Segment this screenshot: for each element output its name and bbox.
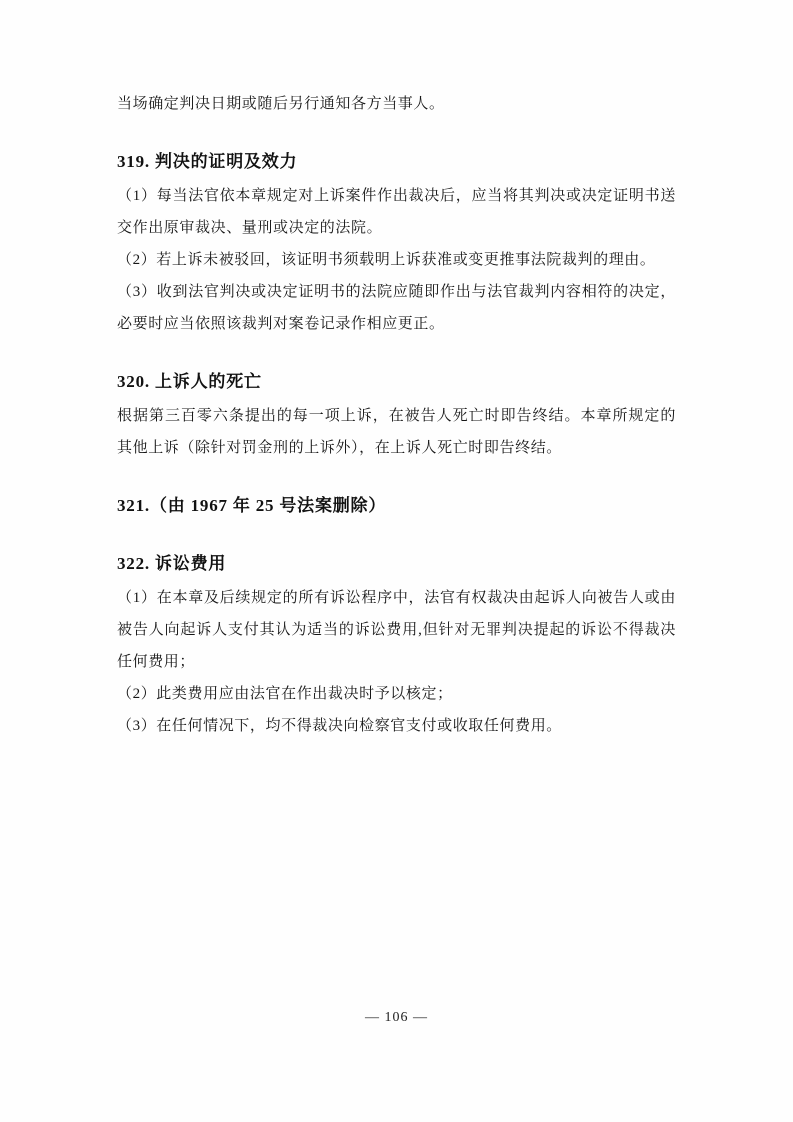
page-content: 当场确定判决日期或随后另行通知各方当事人。 319. 判决的证明及效力 （1）每… <box>0 0 793 742</box>
section-322: 322. 诉讼费用 （1）在本章及后续规定的所有诉讼程序中，法官有权裁决由起诉人… <box>117 548 676 742</box>
section-322-paragraph-1: （1）在本章及后续规定的所有诉讼程序中，法官有权裁决由起诉人向被告人或由被告人向… <box>117 582 676 678</box>
page-number: — 106 — <box>365 1010 428 1025</box>
section-320: 320. 上诉人的死亡 根据第三百零六条提出的每一项上诉，在被告人死亡时即告终结… <box>117 366 676 464</box>
page-footer: — 106 — <box>0 1006 793 1030</box>
section-319-paragraph-2: （2）若上诉未被驳回，该证明书须载明上诉获准或变更推事法院裁判的理由。 <box>117 244 676 276</box>
intro-paragraph: 当场确定判决日期或随后另行通知各方当事人。 <box>117 88 676 120</box>
section-321: 321.（由 1967 年 25 号法案删除） <box>117 490 676 522</box>
section-320-paragraph-1: 根据第三百零六条提出的每一项上诉，在被告人死亡时即告终结。本章所规定的其他上诉（… <box>117 400 676 464</box>
section-322-paragraph-2: （2）此类费用应由法官在作出裁决时予以核定； <box>117 678 676 710</box>
section-319-paragraph-1: （1）每当法官依本章规定对上诉案件作出裁决后，应当将其判决或决定证明书送交作出原… <box>117 180 676 244</box>
section-319: 319. 判决的证明及效力 （1）每当法官依本章规定对上诉案件作出裁决后，应当将… <box>117 146 676 340</box>
section-319-paragraph-3: （3）收到法官判决或决定证明书的法院应随即作出与法官裁判内容相符的决定，必要时应… <box>117 276 676 340</box>
section-heading-319: 319. 判决的证明及效力 <box>117 146 676 178</box>
section-heading-320: 320. 上诉人的死亡 <box>117 366 676 398</box>
section-322-paragraph-3: （3）在任何情况下，均不得裁决向检察官支付或收取任何费用。 <box>117 710 676 742</box>
document-page: 当场确定判决日期或随后另行通知各方当事人。 319. 判决的证明及效力 （1）每… <box>0 0 793 1122</box>
section-heading-322: 322. 诉讼费用 <box>117 548 676 580</box>
section-heading-321: 321.（由 1967 年 25 号法案删除） <box>117 490 676 522</box>
